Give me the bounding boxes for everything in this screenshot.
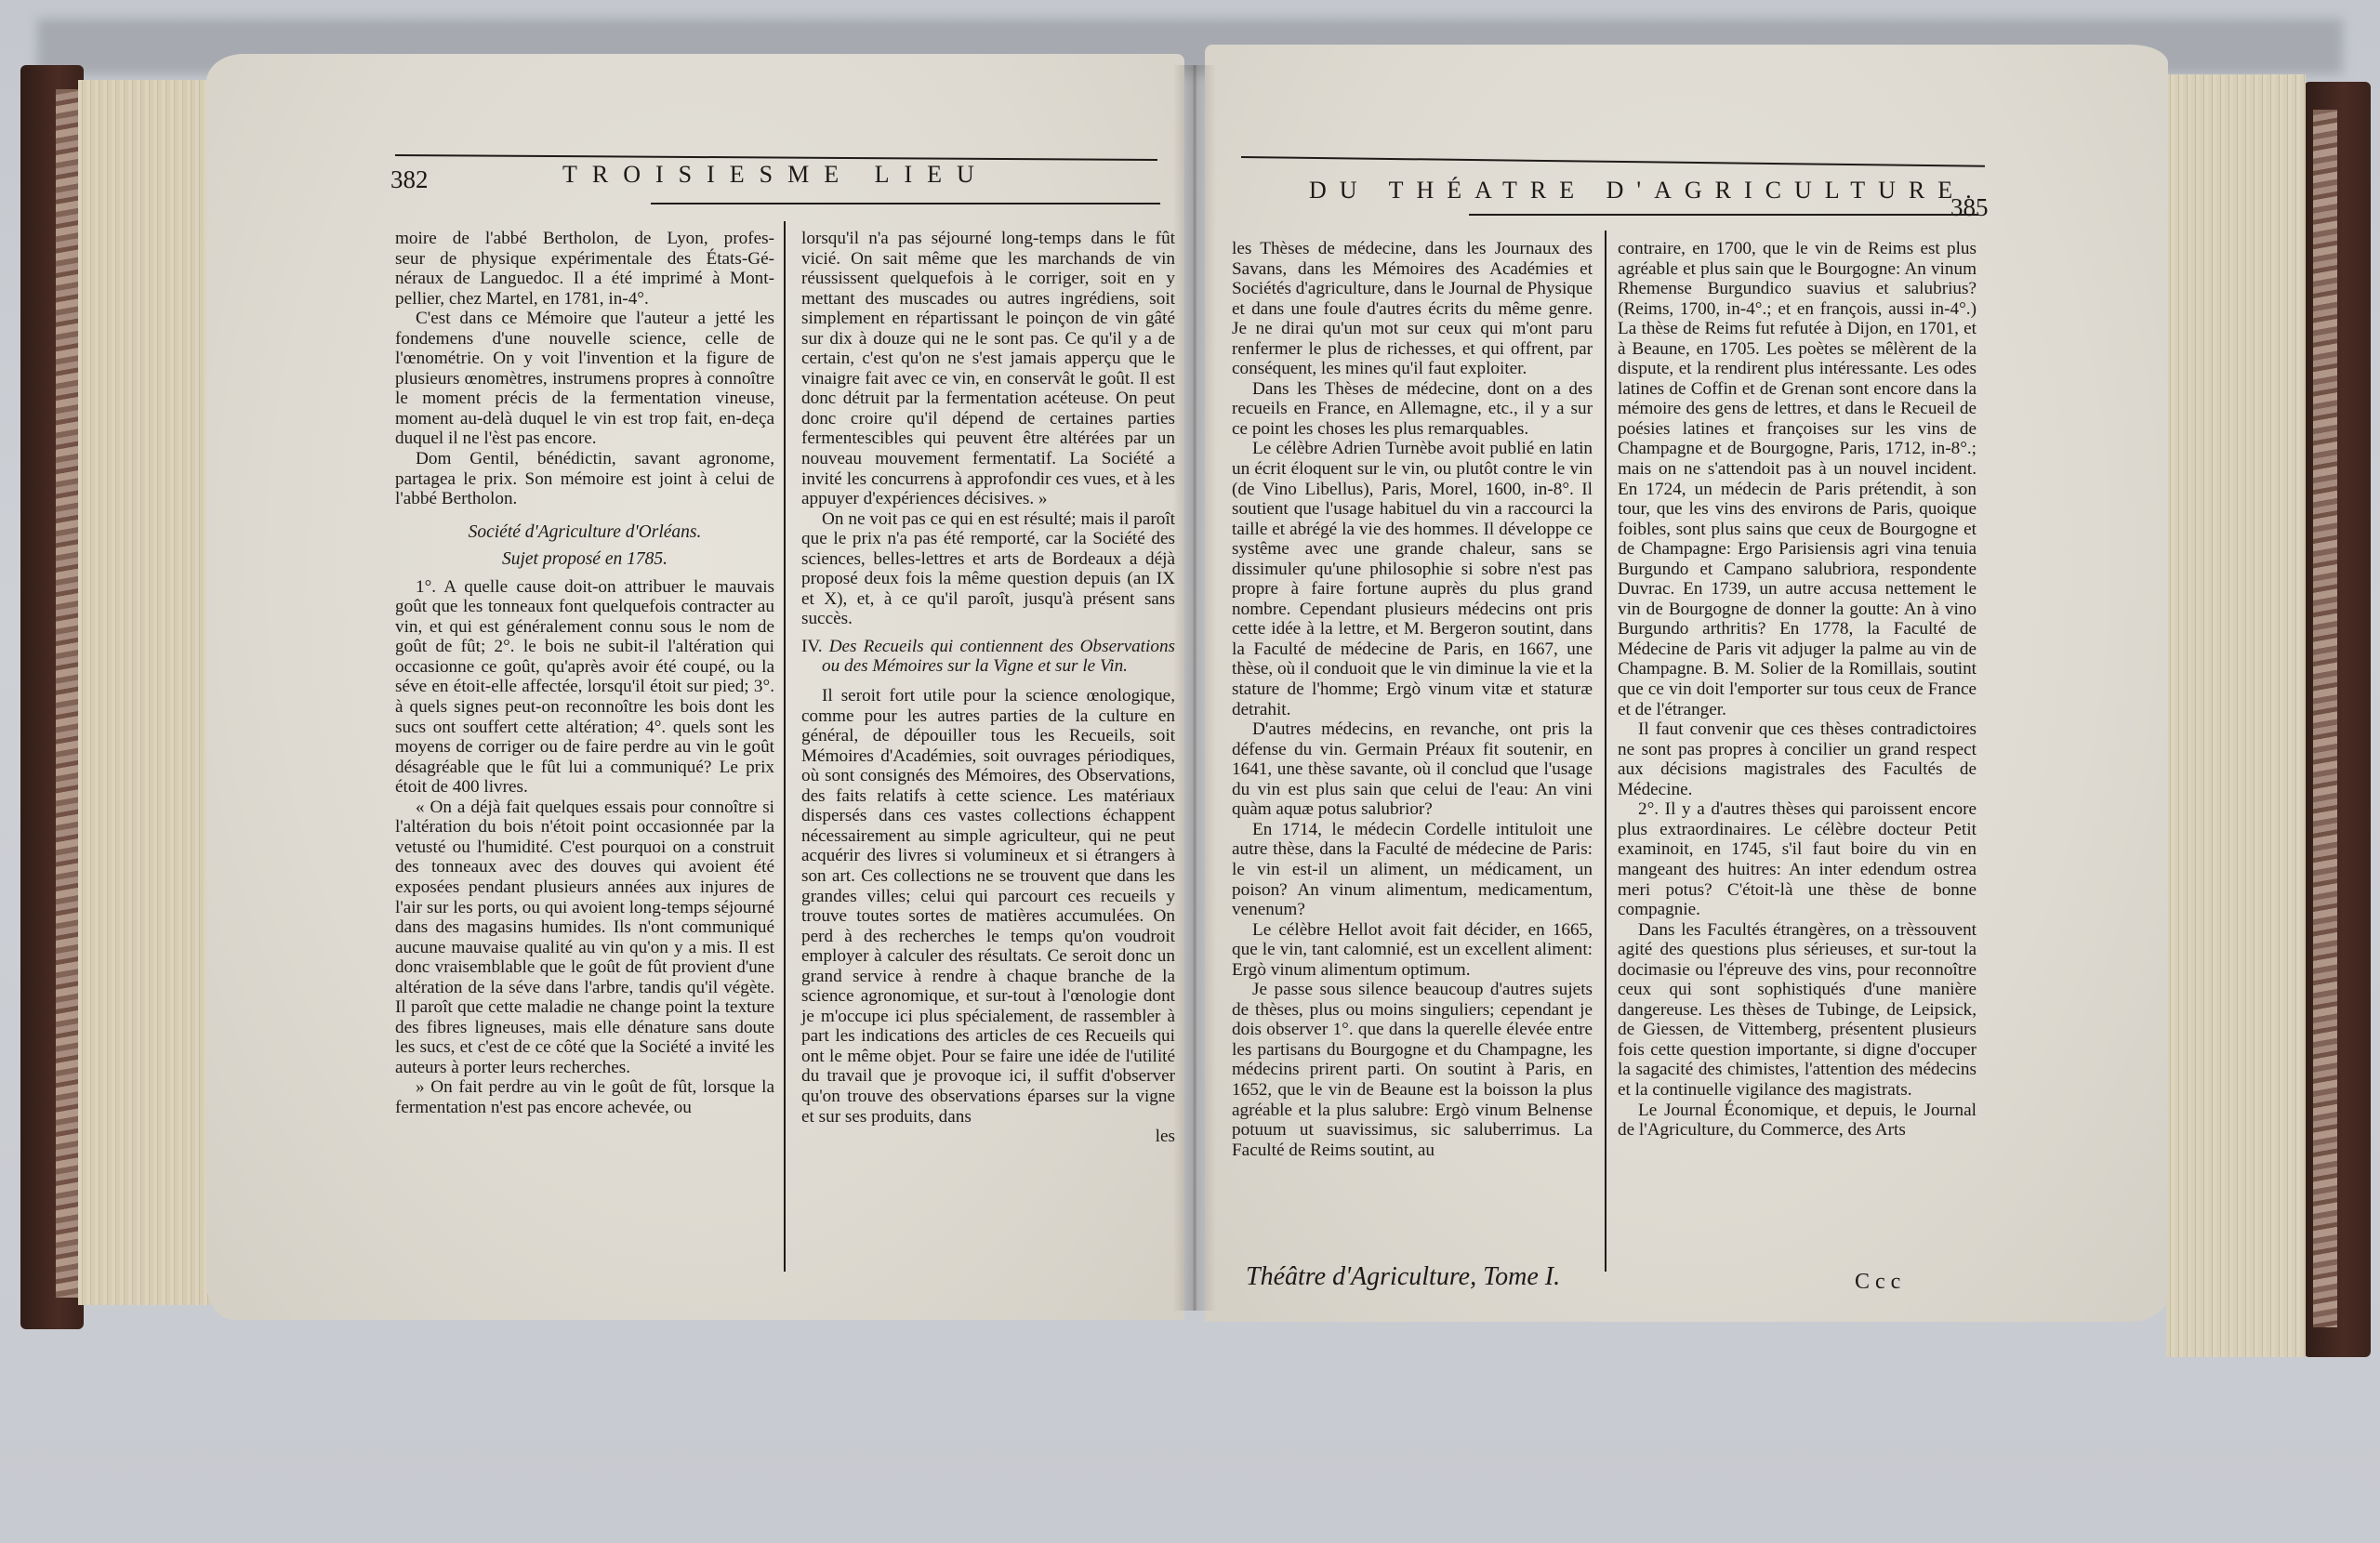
right-column-rule: [1605, 231, 1606, 1272]
right-folio: 385: [1950, 193, 1989, 222]
left-page-column-1: moire de l'abbé Bertholon, de Lyon, prof…: [395, 229, 774, 1118]
paragraph: C'est dans ce Mémoire que l'auteur a jet…: [395, 309, 774, 449]
book-gutter: [1173, 65, 1216, 1311]
paragraph: « On a déjà fait quelques essais pour co…: [395, 798, 774, 1078]
right-marbled-endpaper: [2313, 110, 2337, 1327]
paragraph: Dans les Facultés étrangères, on a trèss…: [1618, 920, 1977, 1101]
page-footer-title: Théâtre d'Agriculture, Tome I.: [1246, 1262, 1560, 1292]
right-page-column-1: les Thèses de médecine, dans les Journau…: [1232, 239, 1593, 1160]
paragraph: Il seroit fort utile pour la science œno…: [801, 686, 1175, 1127]
paragraph: les Thèses de médecine, dans les Journau…: [1232, 239, 1593, 379]
right-header-bottom-rule: [1469, 214, 1978, 216]
paragraph: Le célèbre Adrien Turnèbe avoit publié e…: [1232, 439, 1593, 719]
section-heading: IV. Des Recueils qui contiennent des Obs…: [801, 637, 1175, 677]
paragraph: moire de l'abbé Bertholon, de Lyon, prof…: [395, 229, 774, 309]
left-header-bottom-rule: [651, 203, 1160, 204]
paragraph: lorsqu'il n'a pas séjourné long-temps da…: [801, 229, 1175, 509]
section-heading: Société d'Agriculture d'Orléans.: [395, 522, 774, 543]
section-subheading: Sujet proposé en 1785.: [395, 549, 774, 570]
left-column-rule: [784, 221, 786, 1272]
catchword: les: [801, 1127, 1175, 1147]
paragraph: Dans les Thèses de médecine, dont on a d…: [1232, 379, 1593, 440]
paragraph: Le Journal Économique, et depuis, le Jou…: [1618, 1101, 1977, 1141]
paragraph: Dom Gentil, bénédictin, savant agronome,…: [395, 449, 774, 509]
paragraph: » On fait perdre au vin le goût de fût, …: [395, 1077, 774, 1117]
paragraph: 2°. Il y a d'autres thèses qui paroissen…: [1618, 799, 1977, 919]
right-page-edges: [2166, 74, 2306, 1357]
paragraph: contraire, en 1700, que le vin de Reims …: [1618, 239, 1977, 719]
paragraph: 1°. A quelle cause doit-on attribuer le …: [395, 577, 774, 798]
left-running-head: TROISIESME LIEU: [562, 161, 989, 189]
left-page-edges: [78, 80, 210, 1305]
paragraph: Le célèbre Hellot avoit fait décider, en…: [1232, 920, 1593, 981]
left-folio: 382: [390, 165, 429, 194]
paragraph: D'autres médecins, en revanche, ont pris…: [1232, 719, 1593, 820]
paragraph: Il faut convenir que ces thèses contradi…: [1618, 719, 1977, 799]
paragraph: On ne voit pas ce qui en est résulté; ma…: [801, 509, 1175, 629]
right-running-head: DU THÉATRE D'AGRICULTURE.: [1309, 177, 1985, 204]
left-page-column-2: lorsqu'il n'a pas séjourné long-temps da…: [801, 229, 1175, 1147]
signature-mark: Ccc: [1855, 1270, 1906, 1295]
right-page-column-2: contraire, en 1700, que le vin de Reims …: [1618, 239, 1977, 1141]
paragraph: En 1714, le médecin Cordelle intituloit …: [1232, 820, 1593, 920]
paragraph: Je passe sous silence beaucoup d'autres …: [1232, 980, 1593, 1160]
